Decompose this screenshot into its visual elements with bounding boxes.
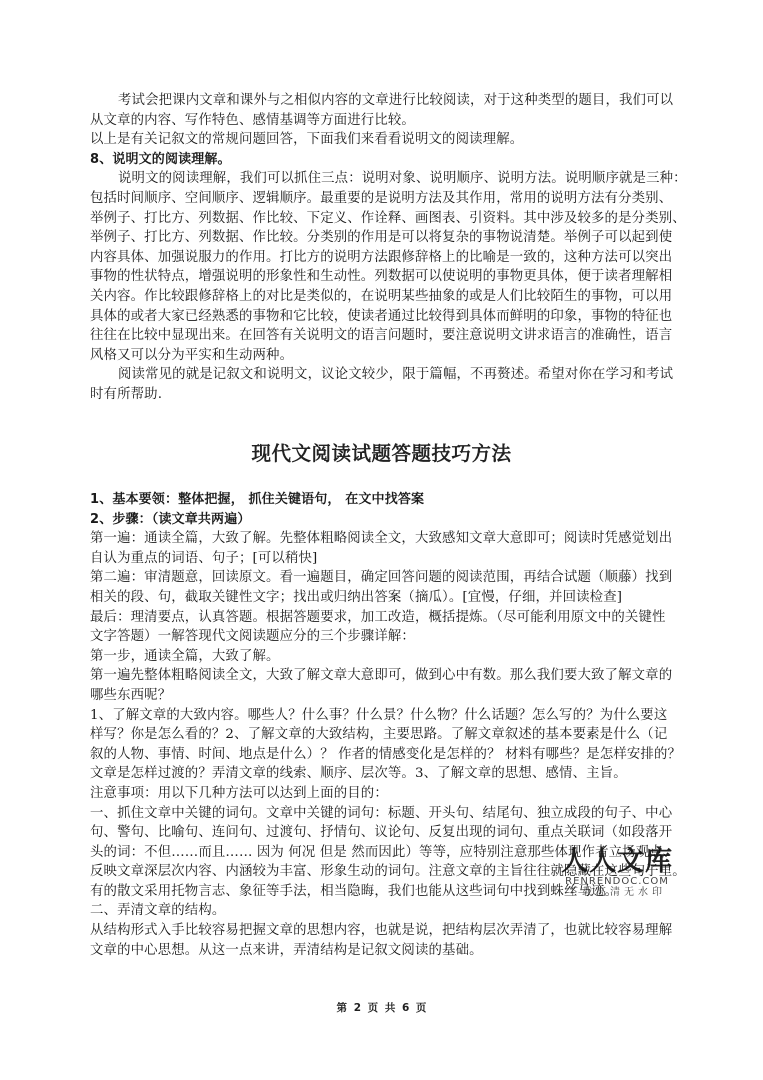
paragraph-line: 考试会把课内文章和课外与之相似内容的文章进行比较阅读，对于这种类型的题目，我们可… <box>90 91 690 111</box>
paragraph-line: 时有所帮助. <box>90 385 690 405</box>
paragraph-line: 内容具体、加强说服力的作用。打比方的说明方法跟修辞格上的比喻是一致的，这种方法可… <box>90 248 690 268</box>
paragraph-line: 从结构形式入手比较容易把握文章的思想内容，也就是说，把结构层次弄清了，也就比较容… <box>90 921 690 941</box>
paragraph-line: 叙的人物、事情、时间、地点是什么）？ 作者的情感变化是怎样的？ 材料有哪些？是怎… <box>90 745 690 765</box>
paragraph-line: 句、警句、比喻句、连问句、过渡句、抒情句、议论句、反复出现的词句、重点关联词（如… <box>90 823 690 843</box>
section-heading: 1、基本要领：整体把握， 抓住关键语句， 在文中找答案 <box>90 490 690 510</box>
paragraph-line: 说明文的阅读理解，我们可以抓住三点：说明对象、说明顺序、说明方法。说明顺序就是三… <box>90 169 690 189</box>
section-narrative-explanatory: 考试会把课内文章和课外与之相似内容的文章进行比较阅读，对于这种类型的题目，我们可… <box>90 91 690 405</box>
paragraph-line: 文字答题）一解答现代文阅读题应分的三个步骤详解： <box>90 627 690 647</box>
paragraph-line: 第一遍先整体粗略阅读全文，大致了解文章大意即可，做到心中有数。那么我们要大致了解… <box>90 666 690 686</box>
page-number-footer: 第 2 页 共 6 页 <box>0 1000 763 1015</box>
paragraph-line: 反映文章深层次内容、内涵较为丰富、形象生动的词句。注意文章的主旨往往就隐藏在这些… <box>90 862 690 882</box>
section-heading: 8、说明文的阅读理解。 <box>90 150 690 170</box>
paragraph-line: 第一遍：通读全篇，大致了解。先整体粗略阅读全文，大致感知文章大意即可；阅读时凭感… <box>90 529 690 549</box>
paragraph-line: 哪些东西呢？ <box>90 686 690 706</box>
paragraph-line: 具体的或者大家已经熟悉的事物和它比较，使读者通过比较得到具体而鲜明的印象，事物的… <box>90 307 690 327</box>
paragraph-line: 文章是怎样过渡的？弄清文章的线索、顺序、层次等。3、了解文章的思想、感情、主旨。 <box>90 764 690 784</box>
paragraph-line: 举例子、打比方、列数据、作比较、下定义、作诠释、画图表、引资料。其中涉及较多的是… <box>90 209 690 229</box>
document-page: 考试会把课内文章和课外与之相似内容的文章进行比较阅读，对于这种类型的题目，我们可… <box>0 0 763 1080</box>
paragraph-line: 头的词：不但……而且…… 因为 何况 但是 然而因此）等等，应特别注意那些体现作… <box>90 843 690 863</box>
paragraph-line: 从文章的内容、写作特色、感情基调等方面进行比较。 <box>90 111 690 131</box>
paragraph-line: 二、弄清文章的结构。 <box>90 901 690 921</box>
paragraph-line: 注意事项：用以下几种方法可以达到上面的目的： <box>90 784 690 804</box>
paragraph-line: 最后：理清要点，认真答题。根据答题要求，加工改造，概括提炼。（尽可能利用原文中的… <box>90 608 690 628</box>
paragraph-line: 包括时间顺序、空间顺序、逻辑顺序。最重要的是说明方法及其作用，常用的说明方法有分… <box>90 189 690 209</box>
paragraph-line: 一、抓住文章中关键的词句。文章中关键的词句：标题、开头句、结尾句、独立成段的句子… <box>90 804 690 824</box>
paragraph-line: 往往在比较中显现出来。在回答有关说明文的语言问题时，要注意说明文讲求语言的准确性… <box>90 326 690 346</box>
paragraph-line: 自认为重点的词语、句子；[可以稍快] <box>90 549 690 569</box>
paragraph-line: 相关的段、句，截取关键性文字；找出或归纳出答案（摘瓜）。[宜慢，仔细，并回读检查… <box>90 588 690 608</box>
paragraph-line: 第二遍：审清题意，回读原文。看一遍题目，确定回答问题的阅读范围，再结合试题（顺藤… <box>90 568 690 588</box>
paragraph-line: 举例子、打比方、列数据、作比较。分类别的作用是可以将复杂的事物说清楚。举例子可以… <box>90 228 690 248</box>
paragraph-line: 样写？你是怎么看的？2、了解文章的大致结构，主要思路。了解文章叙述的基本要素是什… <box>90 725 690 745</box>
paragraph-line: 关内容。作比较跟修辞格上的对比是类似的，在说明某些抽象的或是人们比较陌生的事物，… <box>90 287 690 307</box>
paragraph-line: 风格又可以分为平实和生动两种。 <box>90 346 690 366</box>
paragraph-line: 事物的性状特点，增强说明的形象性和生动性。列数据可以使说明的事物更具体，便于读者… <box>90 267 690 287</box>
paragraph-line: 文章的中心思想。从这一点来讲，弄清结构是记叙文阅读的基础。 <box>90 941 690 961</box>
paragraph-line: 阅读常见的就是记叙文和说明文，议论文较少，限于篇幅，不再赘述。希望对你在学习和考… <box>90 365 690 385</box>
document-title: 现代文阅读试题答题技巧方法 <box>0 438 763 466</box>
paragraph-line: 第一步，通读全篇，大致了解。 <box>90 647 690 667</box>
section-heading: 2、步骤：（读文章共两遍） <box>90 510 690 530</box>
paragraph-line: 有的散文采用托物言志、象征等手法，相当隐晦，我们也能从这些词句中找到蛛丝马迹。 <box>90 882 690 902</box>
section-reading-tips: 1、基本要领：整体把握， 抓住关键语句， 在文中找答案 2、步骤：（读文章共两遍… <box>90 490 690 960</box>
paragraph-line: 以上是有关记叙文的常规问题回答，下面我们来看看说明文的阅读理解。 <box>90 130 690 150</box>
paragraph-line: 1、了解文章的大致内容。哪些人？什么事？什么景？什么物？什么话题？怎么写的？为什… <box>90 706 690 726</box>
